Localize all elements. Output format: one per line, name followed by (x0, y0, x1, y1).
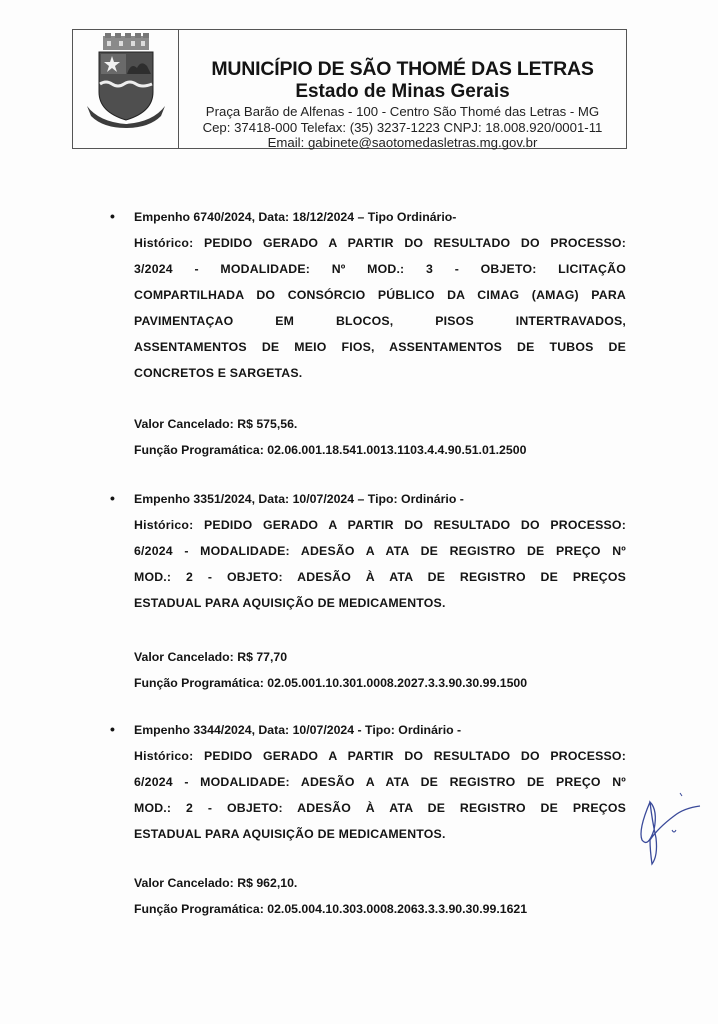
funcao-programatica: Função Programática: 02.05.001.10.301.00… (134, 676, 527, 690)
historico-line: MOD.: 2 - OBJETO: ADESÃO À ATA DE REGIST… (134, 795, 626, 821)
letterhead-text: MUNICÍPIO DE SÃO THOMÉ DAS LETRAS Estado… (179, 30, 626, 148)
address-line: Praça Barão de Alfenas - 100 - Centro Sã… (179, 104, 626, 119)
bullet-icon: • (110, 721, 115, 737)
historico-line: Histórico: PEDIDO GERADO A PARTIR DO RES… (134, 743, 626, 769)
bullet-icon: • (110, 490, 115, 506)
funcao-programatica: Função Programática: 02.06.001.18.541.00… (134, 443, 526, 457)
empenho-heading: Empenho 3344/2024, Data: 10/07/2024 - Ti… (134, 723, 461, 737)
state-subtitle: Estado de Minas Gerais (179, 81, 626, 103)
historico-text: Histórico: PEDIDO GERADO A PARTIR DO RES… (134, 743, 626, 847)
empenho-heading: Empenho 6740/2024, Data: 18/12/2024 – Ti… (134, 210, 456, 224)
historico-line: 3/2024 - MODALIDADE: Nº MOD.: 3 - OBJETO… (134, 256, 626, 282)
coat-of-arms-icon (79, 32, 173, 128)
historico-line: ESTADUAL PARA AQUISIÇÃO DE MEDICAMENTOS. (134, 590, 626, 616)
historico-line: ESTADUAL PARA AQUISIÇÃO DE MEDICAMENTOS. (134, 821, 626, 847)
crest-cell (73, 30, 179, 148)
historico-line: COMPARTILHADA DO CONSÓRCIO PÚBLICO DA CI… (134, 282, 626, 308)
historico-line: MOD.: 2 - OBJETO: ADESÃO À ATA DE REGIST… (134, 564, 626, 590)
handwritten-signature-icon (628, 790, 708, 870)
municipality-title: MUNICÍPIO DE SÃO THOMÉ DAS LETRAS (179, 58, 626, 81)
funcao-programatica: Função Programática: 02.05.004.10.303.00… (134, 902, 527, 916)
historico-text: Histórico: PEDIDO GERADO A PARTIR DO RES… (134, 230, 626, 386)
email-line: Email: gabinete@saotomedasletras.mg.gov.… (179, 135, 626, 150)
historico-line: PAVIMENTAÇAO EM BLOCOS, PISOS INTERTRAVA… (134, 308, 626, 334)
historico-line: Histórico: PEDIDO GERADO A PARTIR DO RES… (134, 512, 626, 538)
historico-text: Histórico: PEDIDO GERADO A PARTIR DO RES… (134, 512, 626, 616)
historico-line: ASSENTAMENTOS DE MEIO FIOS, ASSENTAMENTO… (134, 334, 626, 360)
letterhead: MUNICÍPIO DE SÃO THOMÉ DAS LETRAS Estado… (72, 29, 627, 149)
bullet-icon: • (110, 208, 115, 224)
historico-line: CONCRETOS E SARGETAS. (134, 360, 626, 386)
historico-line: Histórico: PEDIDO GERADO A PARTIR DO RES… (134, 230, 626, 256)
valor-cancelado: Valor Cancelado: R$ 77,70 (134, 650, 287, 664)
historico-line: 6/2024 - MODALIDADE: ADESÃO A ATA DE REG… (134, 538, 626, 564)
valor-cancelado: Valor Cancelado: R$ 575,56. (134, 417, 297, 431)
empenho-heading: Empenho 3351/2024, Data: 10/07/2024 – Ti… (134, 492, 464, 506)
contact-line: Cep: 37418-000 Telefax: (35) 3237-1223 C… (179, 120, 626, 135)
valor-cancelado: Valor Cancelado: R$ 962,10. (134, 876, 297, 890)
historico-line: 6/2024 - MODALIDADE: ADESÃO A ATA DE REG… (134, 769, 626, 795)
